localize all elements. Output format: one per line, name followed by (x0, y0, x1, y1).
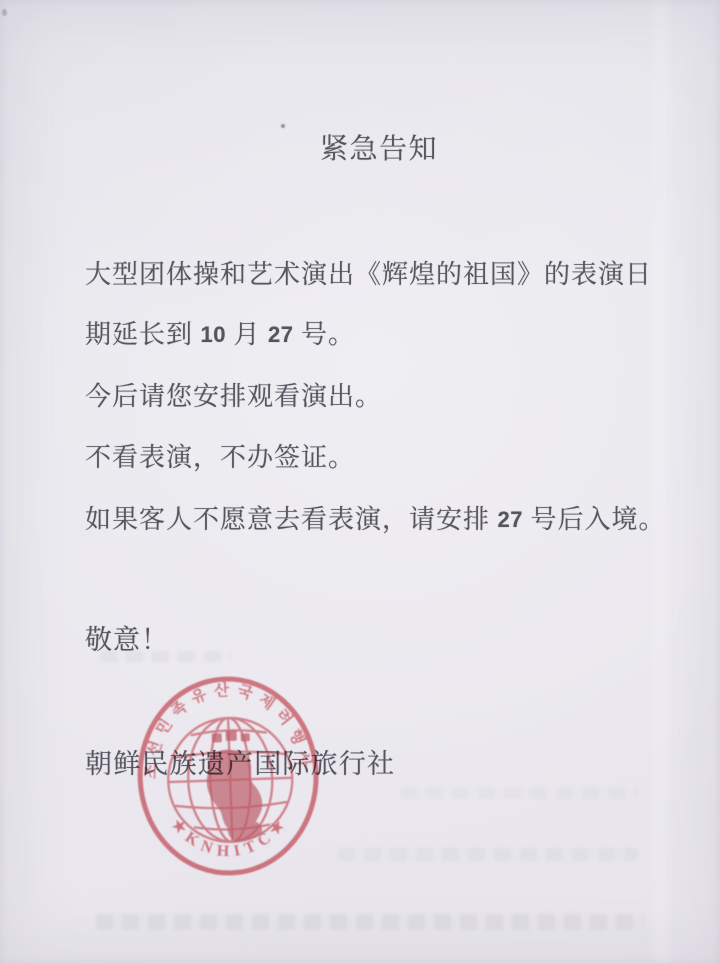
notice-paragraph: 今后请您安排观看演出。 (85, 384, 382, 410)
bleedthrough-text-ghost (96, 914, 644, 930)
text-run: 期延长到 (85, 320, 201, 349)
scanner-light-streak (648, 0, 674, 964)
text-run: 号后入境。 (523, 505, 666, 534)
scanned-notice-page: 紧急告知 大型团体操和艺术演出《辉煌的祖国》的表演日 期延长到 10 月 27 … (0, 0, 720, 964)
bold-number: 27 (268, 322, 293, 347)
bleedthrough-text-ghost (338, 848, 638, 861)
bold-number: 27 (498, 507, 523, 532)
text-run: 不看表演，不办签证。 (85, 443, 355, 472)
text-run: 如果客人不愿意去看表演，请安排 (85, 505, 498, 534)
notice-paragraph: 不看表演，不办签证。 (85, 445, 355, 471)
text-run: 号。 (294, 320, 356, 349)
bleedthrough-text-ghost (100, 651, 232, 662)
ink-speck (281, 124, 285, 128)
ink-speck (2, 9, 7, 16)
bold-number: 10 (201, 322, 226, 347)
notice-paragraph: 大型团体操和艺术演出《辉煌的祖国》的表演日 (85, 262, 652, 288)
bleedthrough-text-ghost (400, 787, 638, 799)
notice-title: 紧急告知 (320, 136, 438, 164)
company-seal-stamp: 조선민족유산국제려행사 ★KNHITC★ (114, 660, 341, 886)
text-run: 今后请您安排观看演出。 (85, 382, 382, 411)
text-run: 大型团体操和艺术演出《辉煌的祖国》的表演日 (85, 260, 652, 289)
closing-salutation: 敬意！ (85, 627, 169, 654)
text-run: 月 (226, 320, 268, 349)
notice-paragraph: 期延长到 10 月 27 号。 (85, 322, 355, 348)
notice-paragraph: 如果客人不愿意去看表演，请安排 27 号后入境。 (85, 507, 666, 533)
